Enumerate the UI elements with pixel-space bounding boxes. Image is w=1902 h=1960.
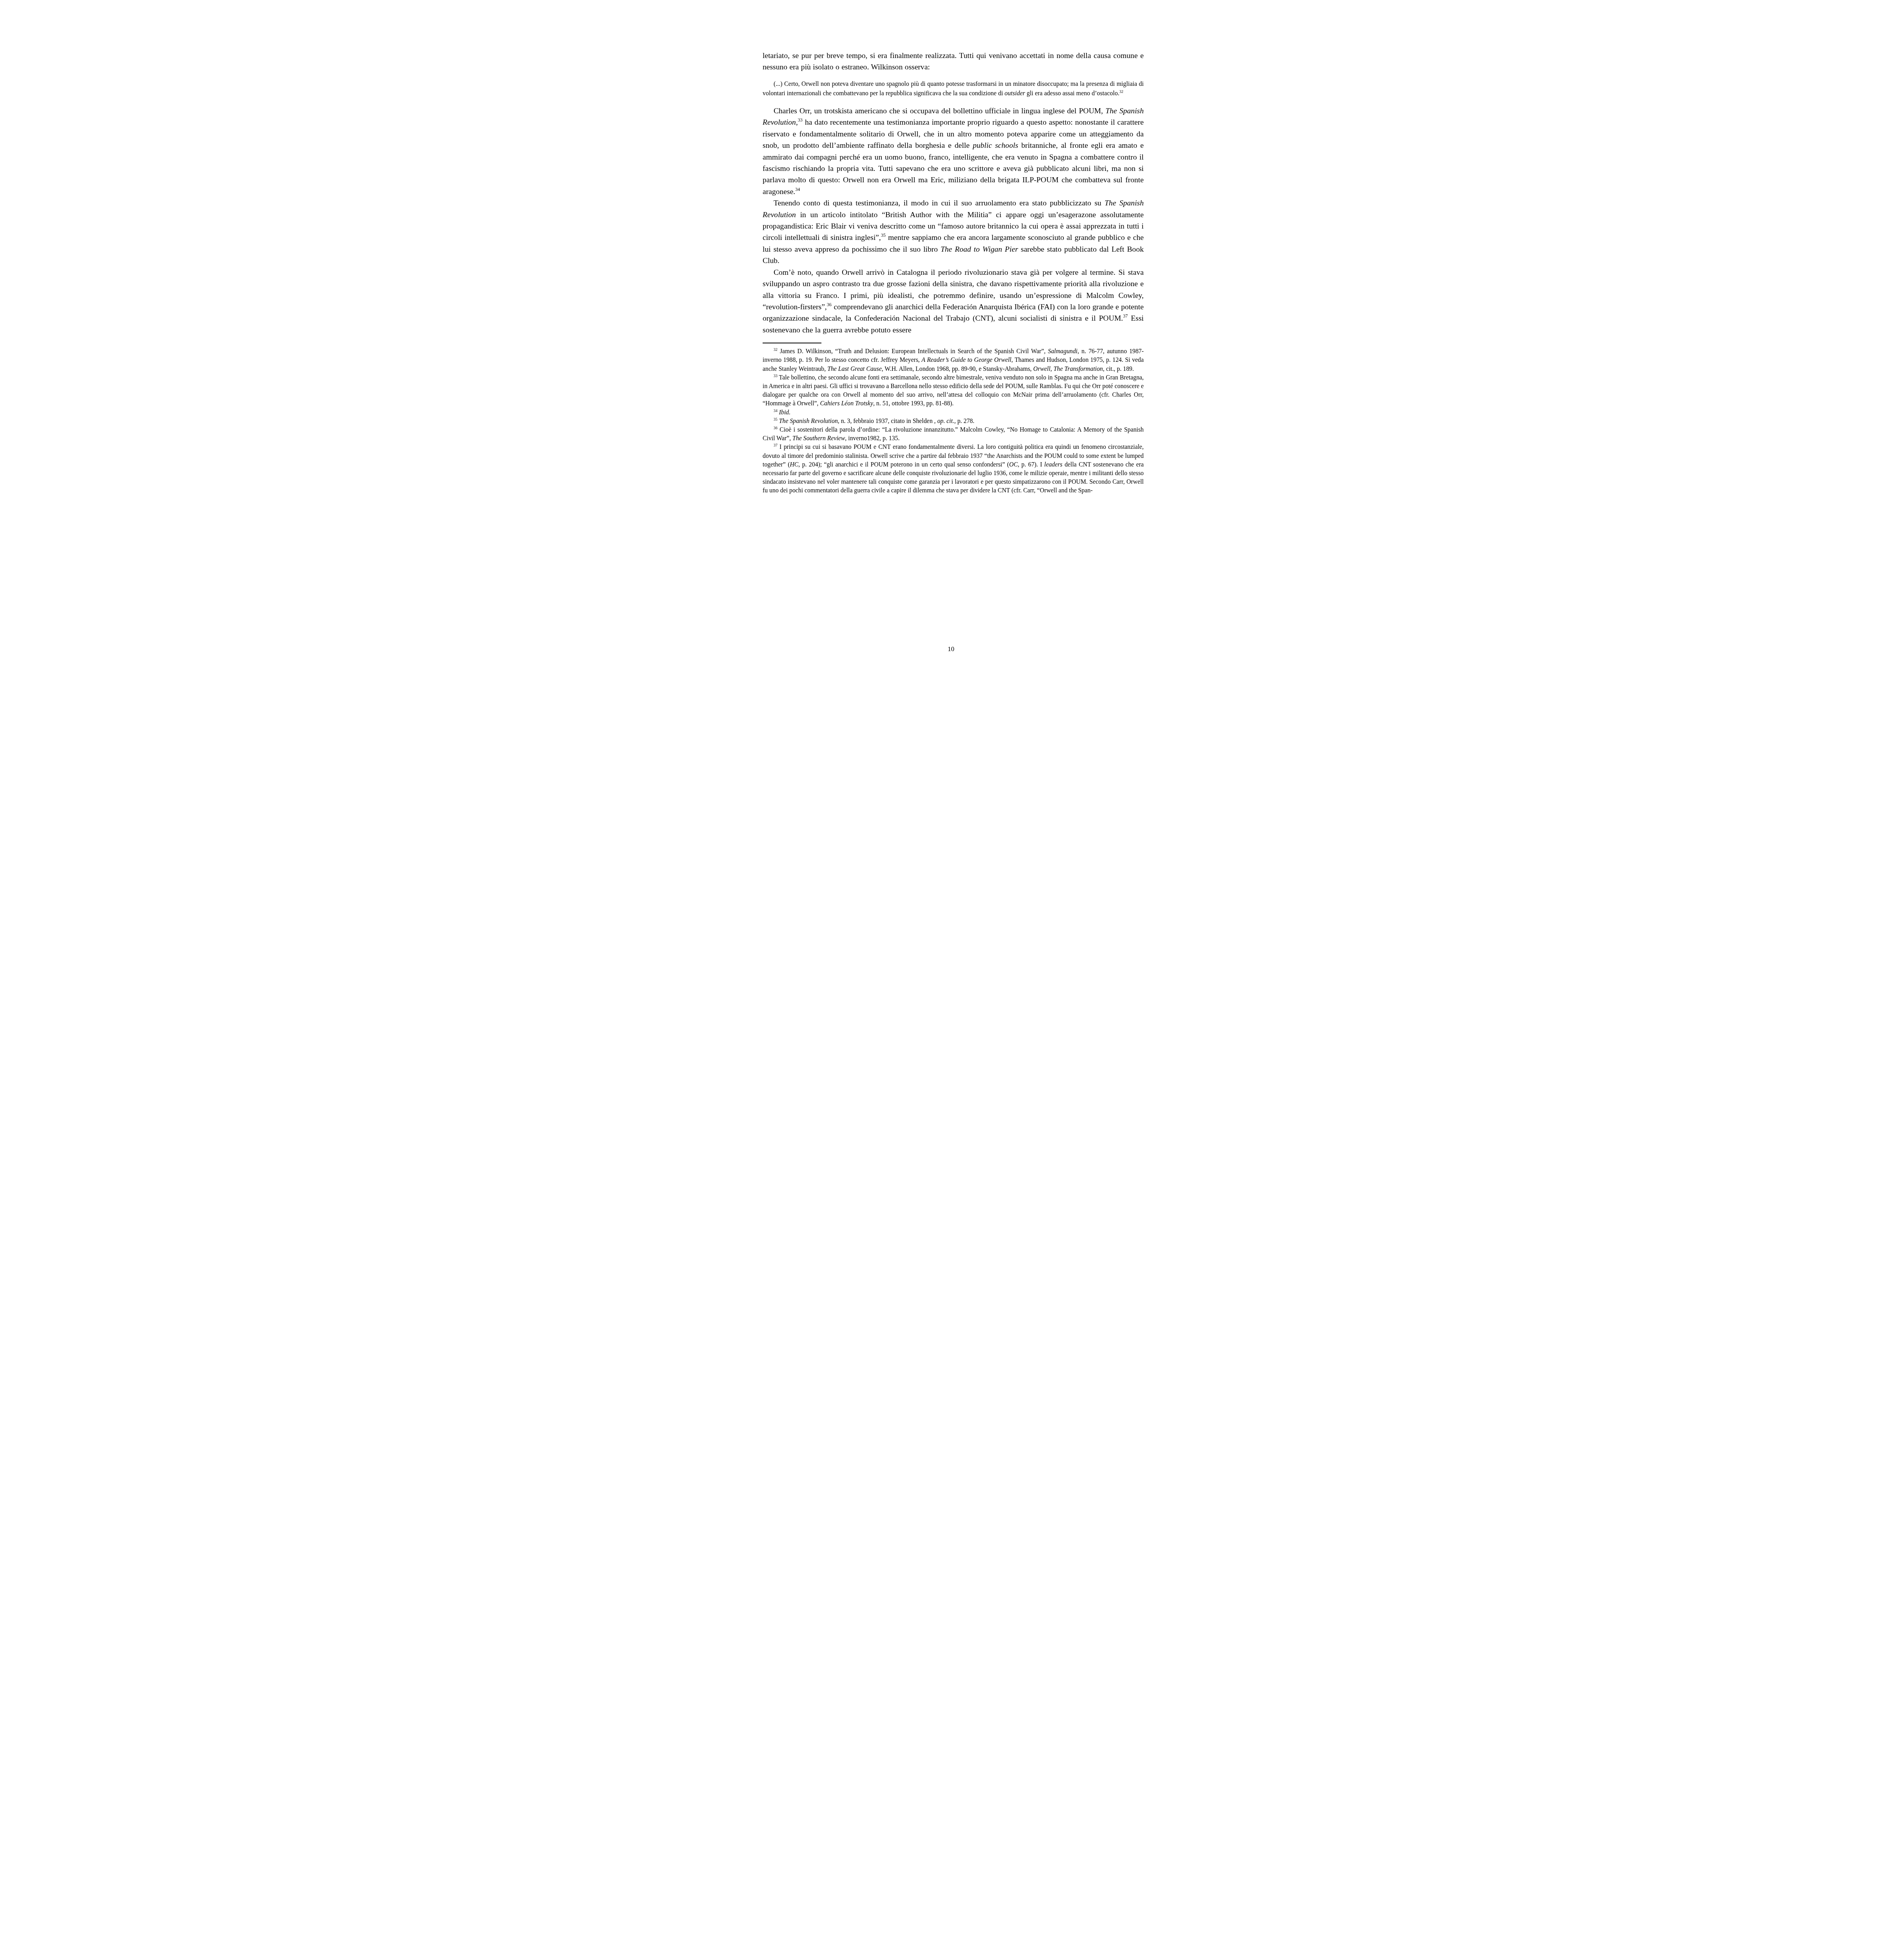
footnote-separator (763, 343, 821, 343)
text-block: letariato, se pur per breve tempo, si er… (763, 50, 1144, 495)
body-paragraph-2: Charles Orr, un trotskista americano che… (763, 105, 1144, 198)
footnote-36: 36 Cioè i sostenitori della parola d’ord… (763, 426, 1144, 443)
book-page: letariato, se pur per breve tempo, si er… (713, 0, 1189, 679)
footnote-34: 34 Ibid. (763, 408, 1144, 417)
body-paragraph-1: letariato, se pur per breve tempo, si er… (763, 50, 1144, 73)
footnote-32: 32 James D. Wilkinson, “Truth and Delusi… (763, 347, 1144, 374)
body-paragraph-4: Com’è noto, quando Orwell arrivò in Cata… (763, 267, 1144, 336)
body-paragraph-3: Tenendo conto di questa testimonianza, i… (763, 198, 1144, 267)
page-number: 10 (713, 645, 1189, 653)
footnote-33: 33 Tale bollettino, che secondo alcune f… (763, 374, 1144, 408)
block-quote: (...) Certo, Orwell non poteva diventare… (763, 80, 1144, 99)
footnote-35: 35 The Spanish Revolution, n. 3, febbrai… (763, 417, 1144, 426)
footnote-37: 37 I principi su cui si basavano POUM e … (763, 443, 1144, 495)
footnotes-block: 32 James D. Wilkinson, “Truth and Delusi… (763, 347, 1144, 495)
